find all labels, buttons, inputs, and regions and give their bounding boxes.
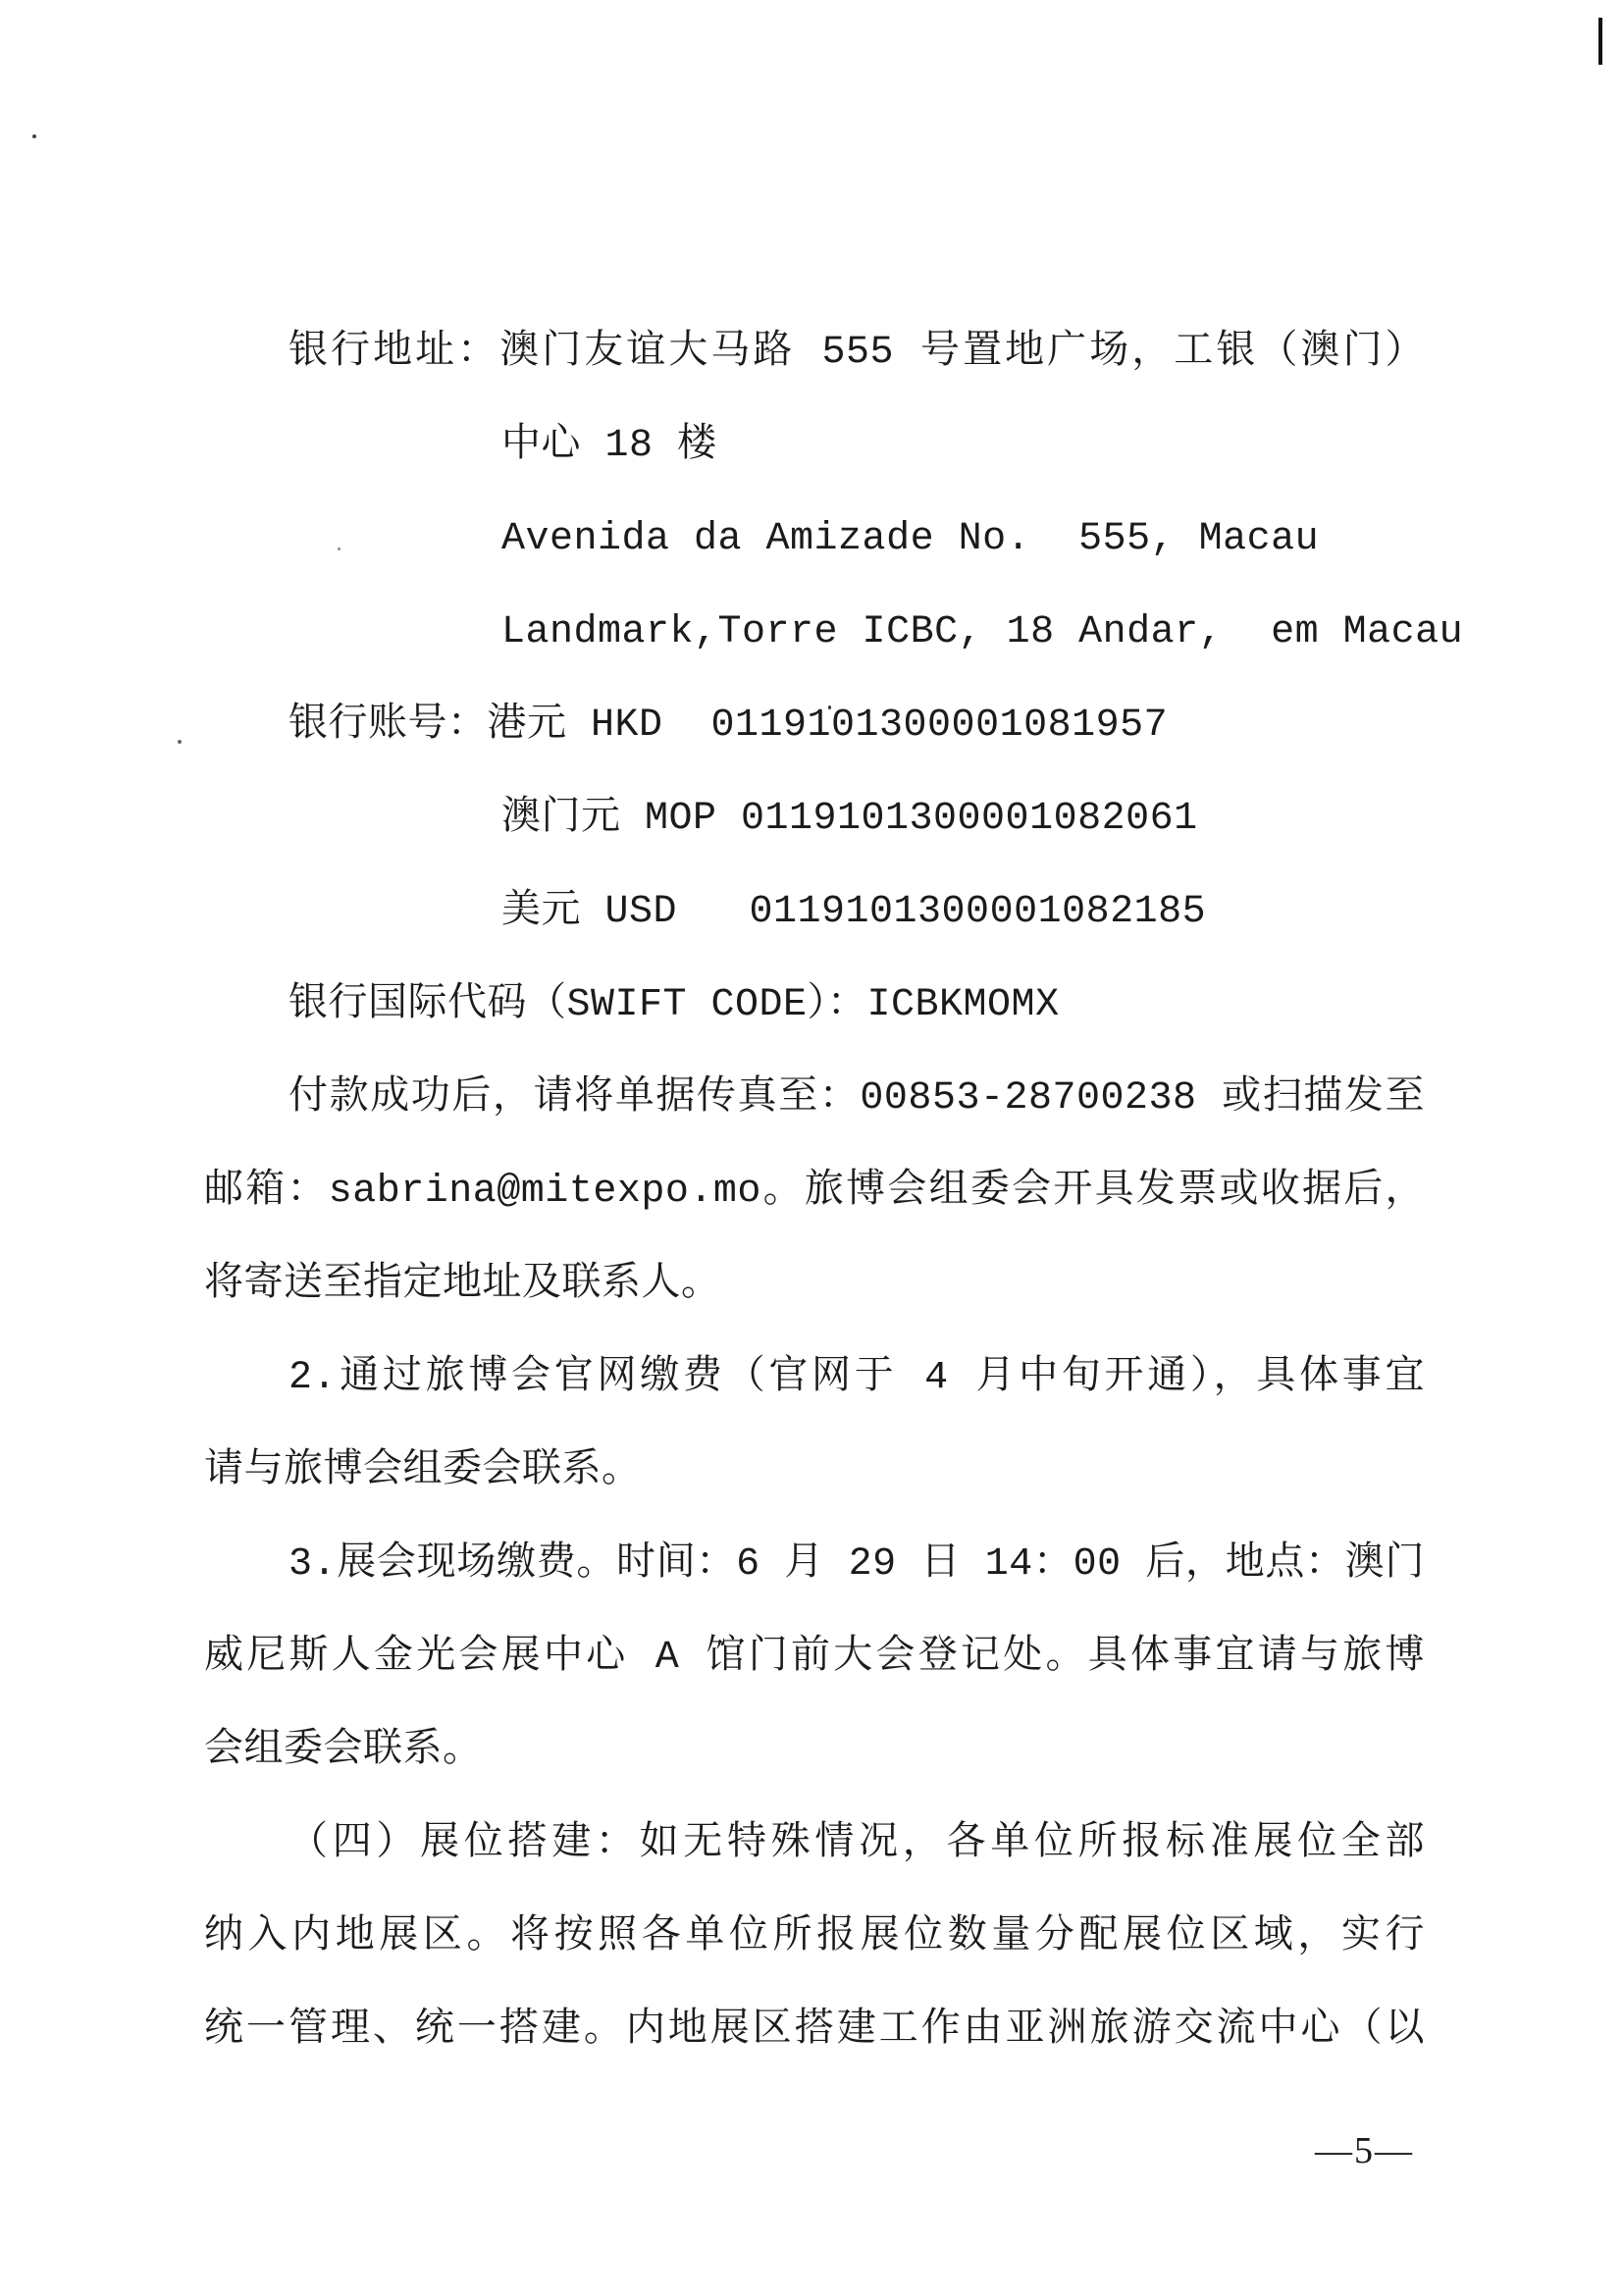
text-line-item-2: 2.通过旅博会官网缴费（官网于 4 月中旬开通），具体事宜 — [204, 1331, 1425, 1425]
page-number: —5— — [1315, 2127, 1414, 2174]
text-line-account-hkd: 银行账号：港元 HKD 0119101300001081957 — [204, 679, 1425, 772]
text-line-item-3: 3.展会现场缴费。时间：6 月 29 日 14：00 后，地点：澳门 — [204, 1518, 1425, 1611]
text-line-email-instruction: 邮箱：sabrina@mitexpo.mo。旅博会组委会开具发票或收据后， — [204, 1145, 1425, 1238]
text-line-bank-address-cont: 中心 18 楼 — [204, 399, 1425, 493]
text-line-item-3-cont-1: 威尼斯人金光会展中心 A 馆门前大会登记处。具体事宜请与旅博 — [204, 1611, 1425, 1704]
text-line-item-2-cont: 请与旅博会组委会联系。 — [204, 1425, 1425, 1518]
text-line-account-usd: 美元 USD 0119101300001082185 — [204, 865, 1425, 959]
text-line-fax-instruction: 付款成功后，请将单据传真至：00853-28700238 或扫描发至 — [204, 1052, 1425, 1145]
document-body: 银行地址：澳门友谊大马路 555 号置地广场，工银（澳门） 中心 18 楼 Av… — [204, 306, 1425, 2077]
text-line-account-mop: 澳门元 MOP 0119101300001082061 — [204, 772, 1425, 865]
document-page: 银行地址：澳门友谊大马路 555 号置地广场，工银（澳门） 中心 18 楼 Av… — [0, 0, 1623, 2296]
text-line-item-3-cont-2: 会组委会联系。 — [204, 1704, 1425, 1798]
text-line-bank-address: 银行地址：澳门友谊大马路 555 号置地广场，工银（澳门） — [204, 306, 1425, 399]
text-line-mailing: 将寄送至指定地址及联系人。 — [204, 1238, 1425, 1331]
text-line-section-4-cont-1: 纳入内地展区。将按照各单位所报展位数量分配展位区域，实行 — [204, 1891, 1425, 1984]
scan-artifact-vertical-line — [1598, 18, 1602, 65]
ink-speck — [32, 134, 36, 138]
text-line-swift-code: 银行国际代码（SWIFT CODE）：ICBKMOMX — [204, 959, 1425, 1052]
text-line-section-4-cont-2: 统一管理、统一搭建。内地展区搭建工作由亚洲旅游交流中心（以 — [204, 1984, 1425, 2077]
ink-speck — [178, 740, 182, 744]
text-line-address-latin-1: Avenida da Amizade No. 555, Macau — [204, 493, 1425, 586]
text-line-address-latin-2: Landmark,Torre ICBC, 18 Andar, em Macau — [204, 586, 1425, 679]
text-line-section-4: （四）展位搭建：如无特殊情况，各单位所报标准展位全部 — [204, 1798, 1425, 1891]
